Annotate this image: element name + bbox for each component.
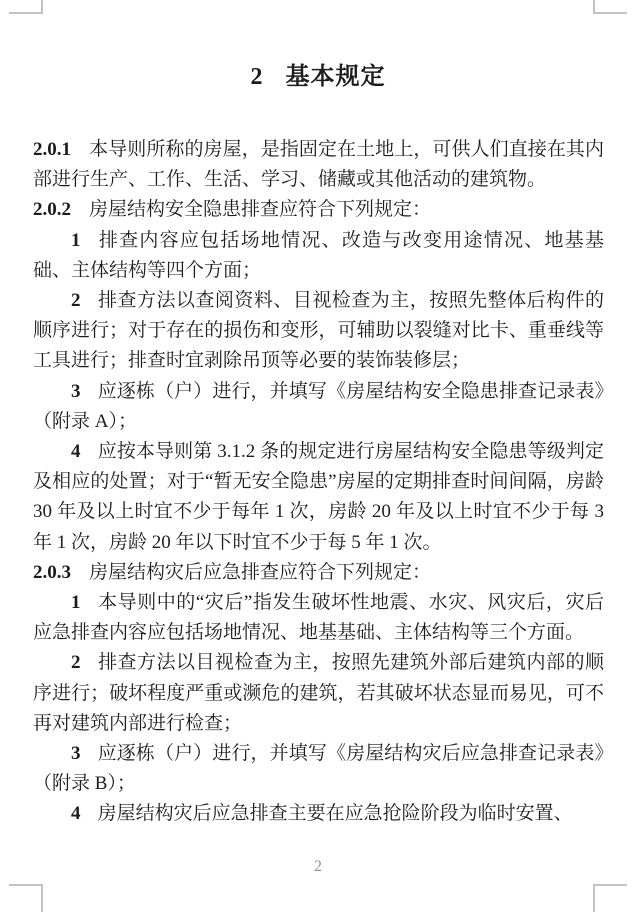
clause-2-0-2-item-4: 4应按本导则第 3.1.2 条的规定进行房屋结构安全隐患等级判定及相应的处置；对… (33, 437, 604, 558)
item-number: 4 (71, 803, 81, 824)
item-text: 应逐栋（户）进行，并填写《房屋结构灾后应急排查记录表》（附录 B）； (33, 743, 604, 794)
clause-2-0-3: 2.0.3房屋结构灾后应急排查应符合下列规定： (33, 558, 604, 588)
item-number: 3 (71, 381, 81, 402)
item-number: 2 (71, 290, 81, 311)
chapter-title-text: 基本规定 (286, 64, 386, 90)
page-number: 2 (0, 858, 636, 876)
clause-2-0-3-item-2: 2排查方法以目视检查为主，按照先建筑外部后建筑内部的顺序进行；破坏程度严重或濒危… (33, 648, 604, 739)
clause-2-0-2-item-3: 3应逐栋（户）进行，并填写《房屋结构安全隐患排查记录表》（附录 A）； (33, 377, 604, 437)
chapter-number: 2 (251, 64, 264, 90)
item-text: 排查方法以目视检查为主，按照先建筑外部后建筑内部的顺序进行；破坏程度严重或濒危的… (33, 652, 604, 733)
document-page: 2基本规定 2.0.1本导则所称的房屋，是指固定在土地上，可供人们直接在其内部进… (0, 0, 636, 912)
document-body: 2.0.1本导则所称的房屋，是指固定在土地上，可供人们直接在其内部进行生产、工作… (33, 135, 604, 830)
clause-2-0-1: 2.0.1本导则所称的房屋，是指固定在土地上，可供人们直接在其内部进行生产、工作… (33, 135, 604, 195)
item-text: 排查方法以查阅资料、目视检查为主，按照先整体后构件的顺序进行；对于存在的损伤和变… (33, 290, 604, 371)
clause-2-0-3-item-3: 3应逐栋（户）进行，并填写《房屋结构灾后应急排查记录表》（附录 B）； (33, 739, 604, 799)
item-text: 应按本导则第 3.1.2 条的规定进行房屋结构安全隐患等级判定及相应的处置；对于… (33, 441, 604, 553)
corner-mark-bottom-right (593, 884, 627, 912)
clause-2-0-2: 2.0.2房屋结构安全隐患排查应符合下列规定： (33, 195, 604, 225)
item-number: 1 (71, 230, 81, 251)
item-number: 2 (71, 652, 81, 673)
clause-text: 本导则所称的房屋，是指固定在土地上，可供人们直接在其内部进行生产、工作、生活、学… (33, 139, 604, 190)
item-text: 本导则中的“灾后”指发生破坏性地震、水灾、风灾后，灾后应急排查内容应包括场地情况… (33, 592, 604, 643)
item-number: 3 (71, 743, 81, 764)
clause-number: 2.0.3 (33, 562, 71, 583)
clause-number: 2.0.1 (33, 139, 71, 160)
item-text: 排查内容应包括场地情况、改造与改变用途情况、地基基础、主体结构等四个方面； (33, 230, 604, 281)
clause-2-0-2-item-2: 2排查方法以查阅资料、目视检查为主，按照先整体后构件的顺序进行；对于存在的损伤和… (33, 286, 604, 377)
item-number: 1 (71, 592, 81, 613)
item-text: 应逐栋（户）进行，并填写《房屋结构安全隐患排查记录表》（附录 A）； (33, 381, 604, 432)
item-text: 房屋结构灾后应急排查主要在应急抢险阶段为临时安置、 (98, 803, 573, 824)
clause-2-0-2-item-1: 1排查内容应包括场地情况、改造与改变用途情况、地基基础、主体结构等四个方面； (33, 226, 604, 286)
chapter-title: 2基本规定 (0, 56, 636, 91)
clause-text: 房屋结构安全隐患排查应符合下列规定： (89, 199, 431, 220)
clause-2-0-3-item-1: 1本导则中的“灾后”指发生破坏性地震、水灾、风灾后，灾后应急排查内容应包括场地情… (33, 588, 604, 648)
clause-number: 2.0.2 (33, 199, 71, 220)
clause-2-0-3-item-4: 4房屋结构灾后应急排查主要在应急抢险阶段为临时安置、 (33, 799, 604, 829)
corner-mark-top-right (593, 0, 627, 14)
item-number: 4 (71, 441, 81, 462)
clause-text: 房屋结构灾后应急排查应符合下列规定： (89, 562, 431, 583)
corner-mark-top-left (9, 0, 43, 14)
corner-mark-bottom-left (9, 884, 43, 912)
